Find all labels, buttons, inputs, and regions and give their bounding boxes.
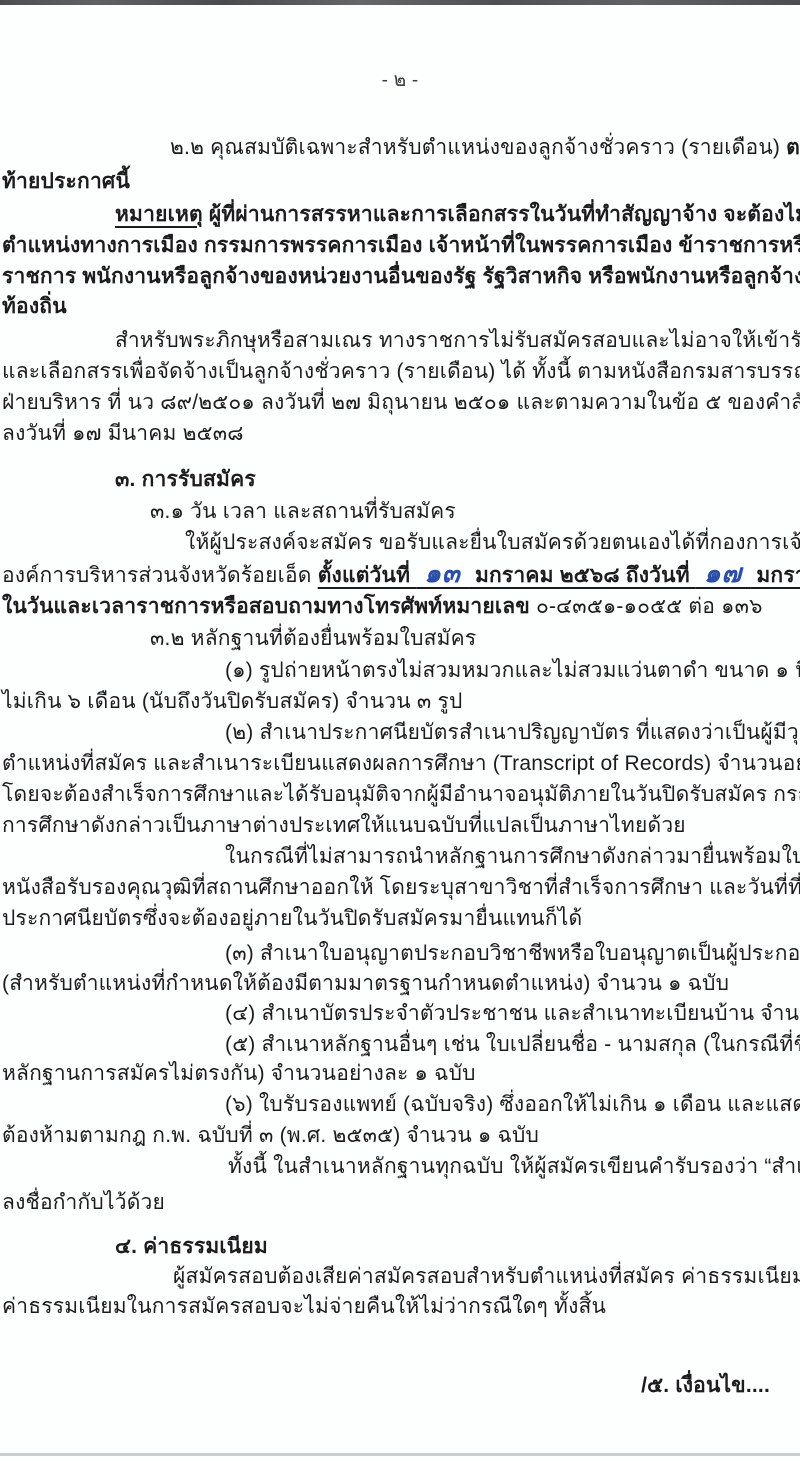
section-3-heading: ๓. การรับสมัคร: [115, 466, 796, 493]
note-line-2: ตำแหน่งทางการเมือง กรรมการพรรคการเมือง เ…: [2, 232, 796, 259]
fee-line-1-text: ผู้สมัครสอบต้องเสียค่าสมัครสอบสำหรับตำแห…: [173, 1265, 800, 1288]
phone-number-text: ๐-๔๓๕๑-๑๐๕๕ ต่อ ๑๓๖: [536, 595, 763, 618]
item-2-line-4-text: การศึกษาดังกล่าวเป็นภาษาต่างประเทศให้แนบ…: [2, 814, 686, 837]
item-1-line-1: (๑) รูปถ่ายหน้าตรงไม่สวมหมวกและไม่สวมแว่…: [225, 657, 796, 684]
item-2-line-2-text: ตำแหน่งที่สมัคร และสำเนาระเบียนแสดงผลการ…: [2, 752, 800, 775]
item-2-line-2: ตำแหน่งที่สมัคร และสำเนาระเบียนแสดงผลการ…: [2, 750, 796, 777]
item-3-line-1-text: (๓) สำเนาใบอนุญาตประกอบวิชาชีพหรือใบอนุญ…: [225, 942, 800, 965]
monk-line-1: สำหรับพระภิกษุหรือสามเณร ทางราชการไม่รับ…: [115, 327, 796, 354]
monk-line-2-text: และเลือกสรรเพื่อจัดจ้างเป็นลูกจ้างชั่วคร…: [2, 360, 800, 383]
note-label: หมายเหตุ: [115, 203, 203, 226]
clause-2-2-text: ๒.๒ คุณสมบัติเฉพาะสำหรับตำแหน่งของลูกจ้า…: [170, 136, 786, 159]
apply-line-1-text: ให้ผู้ประสงค์จะสมัคร ขอรับและยื่นใบสมัคร…: [185, 531, 800, 554]
continuation-mark-text: /๕. เงื่อนไข....: [641, 1374, 770, 1397]
date-tail-label: มกราคม ๒๕๖๘: [750, 564, 800, 587]
monk-line-4-text: ลงวันที่ ๑๗ มีนาคม ๒๕๓๘: [2, 422, 244, 445]
item-2b-line-2: หนังสือรับรองคุณวุฒิที่สถานศึกษาออกให้ โ…: [2, 874, 796, 901]
page-number: - ๒ -: [0, 67, 800, 94]
note-line-3: ราชการ พนักงานหรือลูกจ้างของหน่วยงานอื่น…: [2, 263, 796, 290]
item-5-line-1-text: (๕) สำเนาหลักฐานอื่นๆ เช่น ใบเปลี่ยนชื่อ…: [225, 1033, 800, 1056]
clause-2-2-appendix-ref: ตามภาคผนวก ก: [786, 136, 800, 159]
section-3-2-heading: ๓.๒ หลักฐานที่ต้องยื่นพร้อมใบสมัคร: [150, 625, 796, 652]
section-4-heading-text: ๔. ค่าธรรมเนียม: [115, 1235, 268, 1258]
item-2b-line-1-text: ในกรณีที่ไม่สามารถนำหลักฐานการศึกษาดังกล…: [225, 845, 800, 868]
fee-line-2-text: ค่าธรรมเนียมในการสมัครสอบจะไม่จ่ายคืนให้…: [2, 1295, 606, 1318]
note-line-4-text: ท้องถิ่น: [2, 295, 67, 318]
clause-2-2-line-1: ๒.๒ คุณสมบัติเฉพาะสำหรับตำแหน่งของลูกจ้า…: [170, 134, 796, 161]
item-3-line-2: (สำหรับตำแหน่งที่กำหนดให้ต้องมีตามมาตรฐา…: [2, 970, 796, 997]
handwritten-end-day: ๑๗: [696, 558, 751, 588]
monk-line-3: ฝ่ายบริหาร ที่ นว ๘๙/๒๕๐๑ ลงวันที่ ๒๗ มิ…: [2, 389, 796, 416]
note-line-2-text: ตำแหน่งทางการเมือง กรรมการพรรคการเมือง เ…: [2, 234, 800, 257]
item-2-line-3-text: โดยจะต้องสำเร็จการศึกษาและได้รับอนุมัติจ…: [2, 783, 800, 806]
item-2-line-3: โดยจะต้องสำเร็จการศึกษาและได้รับอนุมัติจ…: [2, 781, 796, 808]
item-6-line-1: (๖) ใบรับรองแพทย์ (ฉบับจริง) ซึ่งออกให้ไ…: [225, 1091, 796, 1118]
clause-2-2-line-2: ท้ายประกาศนี้: [2, 168, 796, 195]
item-2b-line-3: ประกาศนียบัตรซึ่งจะต้องอยู่ภายในวันปิดรั…: [2, 905, 796, 932]
item-6-line-1-text: (๖) ใบรับรองแพทย์ (ฉบับจริง) ซึ่งออกให้ไ…: [225, 1093, 800, 1116]
handwritten-start-day: ๑๓: [416, 558, 469, 588]
monk-line-1-text: สำหรับพระภิกษุหรือสามเณร ทางราชการไม่รับ…: [115, 329, 800, 352]
phone-line: ในวันและเวลาราชการหรือสอบถามทางโทรศัพท์ห…: [2, 593, 796, 620]
date-mid-label: มกราคม ๒๕๖๘ ถึงวันที่: [469, 564, 696, 587]
scan-artifact-bottom-edge: [0, 1453, 800, 1456]
item-5-line-2: หลักฐานการสมัครไม่ตรงกัน) จำนวนอย่างละ ๑…: [2, 1060, 796, 1087]
monk-line-3-text: ฝ่ายบริหาร ที่ นว ๘๙/๒๕๐๑ ลงวันที่ ๒๗ มิ…: [2, 391, 800, 414]
item-2b-line-3-text: ประกาศนียบัตรซึ่งจะต้องอยู่ภายในวันปิดรั…: [2, 907, 582, 930]
scanned-announcement-page: - ๒ - ๒.๒ คุณสมบัติเฉพาะสำหรับตำแหน่งของ…: [0, 0, 800, 1461]
item-2-line-1-text: (๒) สำเนาประกาศนียบัตรสำเนาปริญญาบัตร ที…: [225, 721, 800, 744]
item-5-line-2-text: หลักฐานการสมัครไม่ตรงกัน) จำนวนอย่างละ ๑…: [2, 1062, 476, 1085]
item-6-line-2-text: ต้องห้ามตามกฎ ก.พ. ฉบับที่ ๓ (พ.ศ. ๒๕๓๕)…: [2, 1124, 539, 1147]
date-from-label: ตั้งแต่วันที่: [318, 564, 417, 587]
item-5-line-1: (๕) สำเนาหลักฐานอื่นๆ เช่น ใบเปลี่ยนชื่อ…: [225, 1031, 796, 1058]
item-4-line-1-text: (๔) สำเนาบัตรประจำตัวประชาชน และสำเนาทะเ…: [225, 1002, 800, 1025]
item-1-line-2-text: ไม่เกิน ๖ เดือน (นับถึงวันปิดรับสมัคร) จ…: [2, 690, 463, 713]
certify-line-2: ลงชื่อกำกับไว้ด้วย: [2, 1189, 796, 1216]
item-6-line-2: ต้องห้ามตามกฎ ก.พ. ฉบับที่ ๓ (พ.ศ. ๒๕๓๕)…: [2, 1122, 796, 1149]
note-line-4: ท้องถิ่น: [2, 293, 796, 320]
application-period-line: องค์การบริหารส่วนจังหวัดร้อยเอ็ด ตั้งแต่…: [2, 560, 796, 587]
note-line-3-text: ราชการ พนักงานหรือลูกจ้างของหน่วยงานอื่น…: [2, 265, 800, 288]
item-1-line-1-text: (๑) รูปถ่ายหน้าตรงไม่สวมหมวกและไม่สวมแว่…: [225, 659, 800, 682]
scan-artifact-top-edge: [0, 0, 800, 5]
section-3-1-heading: ๓.๑ วัน เวลา และสถานที่รับสมัคร: [150, 498, 796, 525]
clause-2-2-tail-text: ท้ายประกาศนี้: [2, 170, 130, 193]
certify-line-1: ทั้งนี้ ในสำเนาหลักฐานทุกฉบับ ให้ผู้สมัค…: [228, 1153, 796, 1180]
fee-line-2: ค่าธรรมเนียมในการสมัครสอบจะไม่จ่ายคืนให้…: [2, 1293, 796, 1320]
office-name-text: องค์การบริหารส่วนจังหวัดร้อยเอ็ด: [2, 564, 318, 587]
application-period-underlined: ตั้งแต่วันที่ ๑๓ มกราคม ๒๕๖๘ ถึงวันที่ ๑…: [318, 564, 800, 587]
item-2-line-1: (๒) สำเนาประกาศนียบัตรสำเนาปริญญาบัตร ที…: [225, 719, 796, 746]
item-3-line-1: (๓) สำเนาใบอนุญาตประกอบวิชาชีพหรือใบอนุญ…: [225, 940, 796, 967]
item-4-line-1: (๔) สำเนาบัตรประจำตัวประชาชน และสำเนาทะเ…: [225, 1000, 796, 1027]
section-4-heading: ๔. ค่าธรรมเนียม: [115, 1233, 796, 1260]
continuation-mark: /๕. เงื่อนไข....: [641, 1372, 770, 1399]
item-3-line-2-text: (สำหรับตำแหน่งที่กำหนดให้ต้องมีตามมาตรฐา…: [2, 972, 729, 995]
monk-line-4: ลงวันที่ ๑๗ มีนาคม ๒๕๓๘: [2, 420, 796, 447]
note-line-1-text: ผู้ที่ผ่านการสรรหาและการเลือกสรรในวันที่…: [203, 203, 800, 226]
item-2b-line-1: ในกรณีที่ไม่สามารถนำหลักฐานการศึกษาดังกล…: [225, 843, 796, 870]
section-3-heading-text: ๓. การรับสมัคร: [115, 468, 256, 491]
monk-line-2: และเลือกสรรเพื่อจัดจ้างเป็นลูกจ้างชั่วคร…: [2, 358, 796, 385]
phone-line-bold-text: ในวันและเวลาราชการหรือสอบถามทางโทรศัพท์ห…: [2, 595, 536, 618]
certify-line-1-text: ทั้งนี้ ในสำเนาหลักฐานทุกฉบับ ให้ผู้สมัค…: [228, 1155, 800, 1178]
page-number-text: - ๒ -: [382, 70, 419, 91]
section-3-1-heading-text: ๓.๑ วัน เวลา และสถานที่รับสมัคร: [150, 500, 456, 523]
fee-line-1: ผู้สมัครสอบต้องเสียค่าสมัครสอบสำหรับตำแห…: [173, 1263, 796, 1290]
certify-line-2-text: ลงชื่อกำกับไว้ด้วย: [2, 1191, 165, 1214]
item-2b-line-2-text: หนังสือรับรองคุณวุฒิที่สถานศึกษาออกให้ โ…: [2, 876, 800, 899]
item-1-line-2: ไม่เกิน ๖ เดือน (นับถึงวันปิดรับสมัคร) จ…: [2, 688, 796, 715]
note-line-1: หมายเหตุ ผู้ที่ผ่านการสรรหาและการเลือกสร…: [115, 201, 796, 228]
section-3-2-heading-text: ๓.๒ หลักฐานที่ต้องยื่นพร้อมใบสมัคร: [150, 627, 476, 650]
item-2-line-4: การศึกษาดังกล่าวเป็นภาษาต่างประเทศให้แนบ…: [2, 812, 796, 839]
apply-line-1: ให้ผู้ประสงค์จะสมัคร ขอรับและยื่นใบสมัคร…: [185, 529, 796, 556]
